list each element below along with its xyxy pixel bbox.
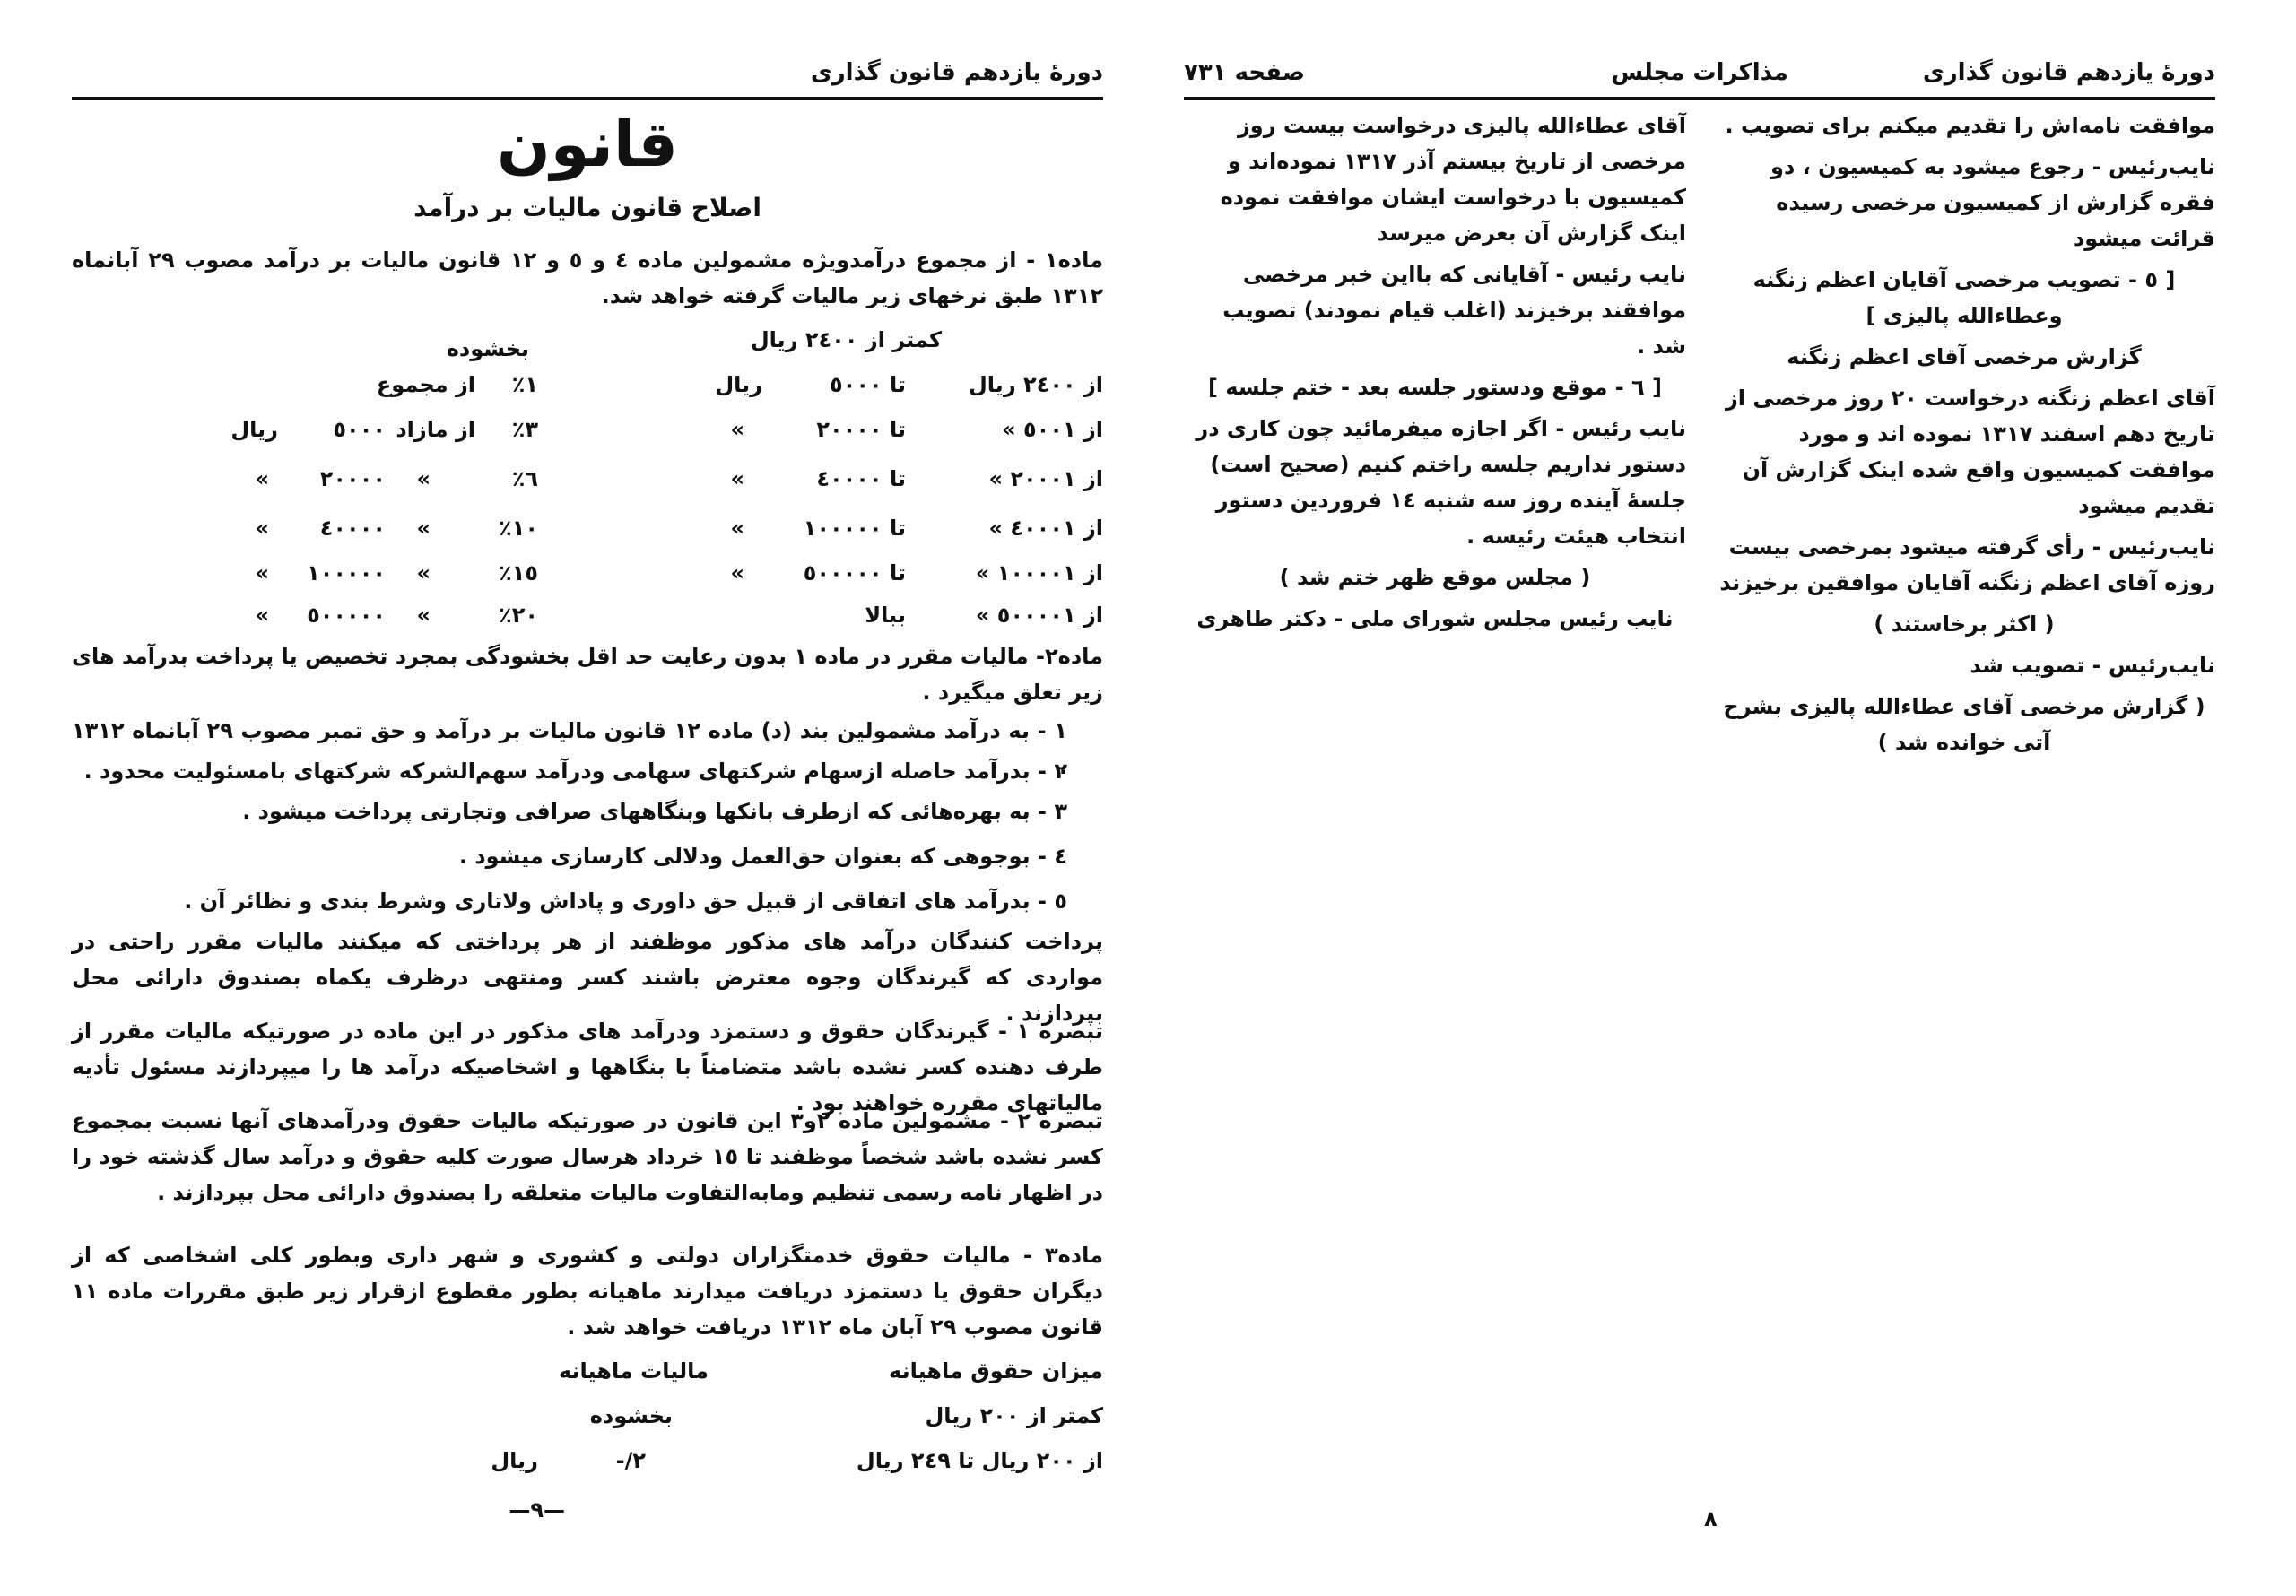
law-title: قانون (72, 108, 1103, 181)
report-note: ( گزارش مرخصی آقای عطاءالله پالیزی بشرح … (1713, 689, 2215, 760)
section-heading: [ ٦ - موقع ودستور جلسه بعد - ختم جلسه ] (1184, 369, 1686, 405)
note-2-label: تبصره ۲ (1017, 1108, 1103, 1133)
salary-row: از ٢٠٠ ریال تا ٢٤٩ ریال ٢/- ریال (72, 1448, 1103, 1484)
speaker-paragraph: نایب‌رئیس - تصویب شد (1713, 647, 2215, 683)
tax-row: از ٥٠٠١ » تا ٢٠٠٠٠ » ٣٪ از مازاد ٥٠٠٠ ری… (72, 417, 1103, 453)
speaker-name: نایب رئیس (1572, 416, 1686, 441)
session-title: دورۀ یازدهم قانون گذاری (1923, 59, 2215, 86)
note-2: تبصره ۲ - مشمولین ماده ۲و۳ این قانون در … (72, 1103, 1103, 1210)
right-column: موافقت نامه‌اش را تقدیم میکنم برای تصویب… (1713, 108, 2215, 766)
salary-col2-header: مالیات ماهیانه (559, 1358, 709, 1383)
right-page: دورۀ یازدهم قانون گذاری مذاکرات مجلس صفح… (1184, 0, 2215, 1596)
paragraph: آقای عطاءالله پالیزی درخواست بیست روز مر… (1184, 108, 1686, 251)
header-rule (72, 97, 1103, 100)
left-page: دورۀ یازدهم قانون گذاری قانون اصلاح قانو… (72, 0, 1103, 1596)
page-number: —٩— (509, 1497, 565, 1522)
left-column: آقای عطاءالله پالیزی درخواست بیست روز مر… (1184, 108, 1686, 642)
section-heading: [ ٥ - تصویب مرخصی آقایان اعظم زنگنه وعطا… (1713, 262, 2215, 334)
left-page-header: دورۀ یازدهم قانون گذاری (72, 54, 1103, 100)
speaker-name: نایب‌رئیس (2109, 534, 2215, 559)
speaker-name: نایب‌رئیس (2109, 653, 2215, 678)
signature: نایب رئیس مجلس شورای ملی - دکتر طاهری (1184, 601, 1686, 637)
speaker-name: نایب‌رئیس (2109, 154, 2215, 179)
tax-row: از ١٠٠٠٠١ » تا ٥٠٠٠٠٠ » ١٥٪ » ١٠٠٠٠٠ » (72, 560, 1103, 596)
article-2-item: ٥ - بدرآمد های اتفاقی از قبیل حق داوری و… (72, 883, 1103, 919)
law-subtitle: اصلاح قانون مالیات بر درآمد (72, 193, 1103, 222)
right-page-header: دورۀ یازدهم قانون گذاری مذاکرات مجلس صفح… (1184, 54, 2215, 100)
header-rule (1184, 97, 2215, 100)
session-title: دورۀ یازدهم قانون گذاری (811, 59, 1103, 86)
note-1-label: تبصره ۱ (1016, 1019, 1103, 1044)
page-number: ٨ (1704, 1506, 1718, 1531)
speaker-paragraph: نایب‌رئیس - رجوع میشود به کمیسیون ، دو ف… (1713, 149, 2215, 256)
page-number-header: صفحه ٧٣١ (1184, 59, 1305, 86)
exempt-label: بخشوده (447, 336, 529, 361)
speaker-paragraph: نایب‌رئیس - رأی گرفته میشود بمرخصی بیست … (1713, 529, 2215, 601)
tax-row: از ٢٤٠٠ ریال تا ٥٠٠٠ ریال ١٪ از مجموع (72, 372, 1103, 408)
journal-title: مذاکرات مجلس (1611, 59, 1788, 86)
speaker-paragraph: نایب رئیس - آقایانی که بااین خبر مرخصی م… (1184, 256, 1686, 364)
session-close-note: ( مجلس موقع ظهر ختم شد ) (1184, 559, 1686, 595)
article-2-item: ٤ - بوجوهی که بعنوان حق‌العمل ودلالی کار… (72, 838, 1103, 874)
paragraph: آقای اعظم زنگنه درخواست ٢٠ روز مرخصی از … (1713, 380, 2215, 524)
paragraph: موافقت نامه‌اش را تقدیم میکنم برای تصویب… (1713, 108, 2215, 143)
salary-col1-header: میزان حقوق ماهیانه (889, 1358, 1103, 1383)
tax-row: از ٢٠٠٠١ » تا ٤٠٠٠٠ » ٦٪ » ٢٠٠٠٠ » (72, 466, 1103, 502)
tax-row: از ٤٠٠٠١ » تا ١٠٠٠٠٠ » ١٠٪ » ٤٠٠٠٠ » (72, 516, 1103, 551)
speaker-paragraph: نایب رئیس - اگر اجازه میفرمائید چون کاری… (1184, 411, 1686, 554)
tax-row: از ٥٠٠٠٠١ » ببالا ٢٠٪ » ٥٠٠٠٠٠ » (72, 603, 1103, 638)
vote-result: ( اکثر برخاستند ) (1713, 606, 2215, 642)
speaker-name: نایب رئیس (1572, 262, 1686, 287)
salary-row: کمتر از ٢٠٠ ریال بخشوده (72, 1403, 1103, 1439)
exempt-threshold: کمتر از ٢٤٠٠ ریال (751, 327, 942, 352)
report-title: گزارش مرخصی آقای اعظم زنگنه (1713, 339, 2215, 375)
article-2-item: ۲ - بدرآمد حاصله ازسهام شرکتهای سهامی ود… (72, 753, 1103, 789)
article-2-text: ماده۲- مالیات مقرر در ماده ۱ بدون رعایت … (72, 638, 1103, 710)
article-1-text: ماده۱ - از مجموع درآمدویژه مشمولین ماده … (72, 242, 1103, 314)
article-2-item: ۳ - به بهره‌هائی که ازطرف بانکها وبنگاهه… (72, 794, 1103, 829)
article-3-text: ماده۳ - مالیات حقوق خدمتگزاران دولتی و ک… (72, 1237, 1103, 1345)
